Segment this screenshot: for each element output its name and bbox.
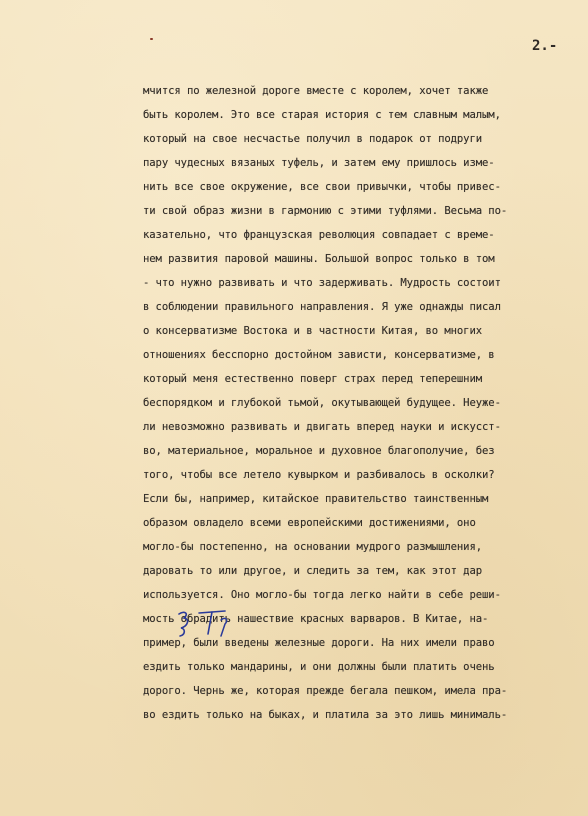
text-line: казательно, что французская революция со… (143, 223, 573, 247)
text-line: о консерватизме Востока и в частности Ки… (143, 319, 573, 343)
text-line: в соблюдении правильного направления. Я … (143, 295, 573, 319)
text-line: мчится по железной дороге вместе с корол… (143, 79, 573, 103)
text-line: дорого. Чернь же, которая прежде бегала … (143, 679, 573, 703)
paper-speck (150, 38, 153, 40)
text-line: Если бы, например, китайское правительст… (143, 487, 573, 511)
text-line: - что нужно развивать и что задерживать.… (143, 271, 573, 295)
text-line: нем развития паровой машины. Большой воп… (143, 247, 573, 271)
text-line: который на свое несчастье получил в пода… (143, 127, 573, 151)
text-line: используется. Оно могло-бы тогда легко н… (143, 583, 573, 607)
text-line: ти свой образ жизни в гармонию с этими т… (143, 199, 573, 223)
text-line: беспорядком и глубокой тьмой, окутывающе… (143, 391, 573, 415)
text-line: пару чудесных вязаных туфель, и затем ем… (143, 151, 573, 175)
text-line: быть королем. Это все старая история с т… (143, 103, 573, 127)
text-line: того, чтобы все летело кувырком и разбив… (143, 463, 573, 487)
text-line: образом овладело всеми европейскими дост… (143, 511, 573, 535)
text-line: пример, были введены железные дороги. На… (143, 631, 573, 655)
text-line: мость обрадить нашествие красных варваро… (143, 607, 573, 631)
text-line: могло-бы постепенно, на основании мудрог… (143, 535, 573, 559)
text-line: ездить только мандарины, и они должны бы… (143, 655, 573, 679)
typewritten-body: мчится по железной дороге вместе с корол… (143, 79, 573, 727)
text-line: отношениях бесспорно достойном зависти, … (143, 343, 573, 367)
text-line: во ездить только на быках, и платила за … (143, 703, 573, 727)
text-line: даровать то или другое, и следить за тем… (143, 559, 573, 583)
text-line: ли невозможно развивать и двигать вперед… (143, 415, 573, 439)
text-line: во, материальное, моральное и духовное б… (143, 439, 573, 463)
document-page: 2.- мчится по железной дороге вместе с к… (0, 0, 588, 816)
text-line: который меня естественно поверг страх пе… (143, 367, 573, 391)
page-number: 2.- (532, 38, 557, 54)
text-line: нить все свое окружение, все свои привыч… (143, 175, 573, 199)
